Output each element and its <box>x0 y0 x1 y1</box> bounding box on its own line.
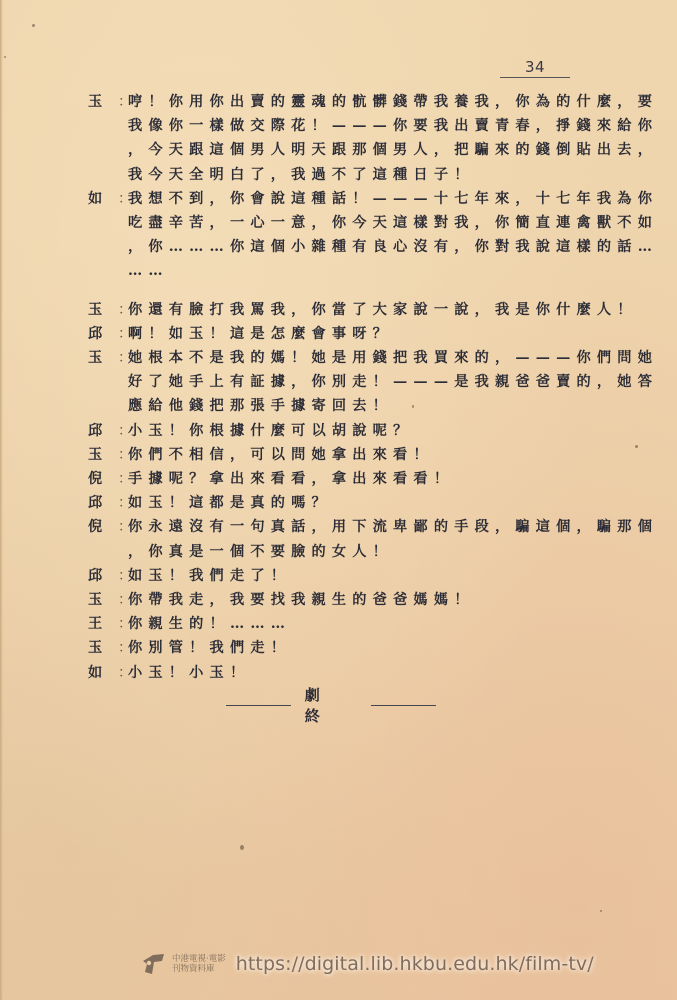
speaker-label: 玉 <box>88 346 118 370</box>
speaker-colon: ： <box>118 612 128 636</box>
dialogue-line: 邱：小玉！你根據什麼可以胡說呢？ <box>88 419 588 443</box>
paper-speck <box>635 445 638 448</box>
speech-text: 我像你一樣做交際花！———你要我出賣青春，掙錢來給你 <box>128 114 658 138</box>
dialogue-line: 玉：哼！你用你出賣的靈魂的骯髒錢帶我養我，你為的什麼，要 <box>88 90 588 114</box>
speaker-colon: ： <box>118 661 128 685</box>
dialogue-line: 玉：她根本不是我的媽！她是用錢把我買來的，———你們問她 <box>88 346 588 370</box>
dialogue-line: 倪：你永遠沒有一句真話，用下流卑鄙的手段，騙這個，騙那個 <box>88 515 588 539</box>
speaker-colon: ： <box>118 491 128 515</box>
speech-text: 手據呢？拿出來看看，拿出來看看！ <box>128 467 588 491</box>
dialogue-continuation: 我今天全明白了，我過不了這種日子！ <box>88 163 588 187</box>
dialogue-continuation: ，你………你這個小雜種有良心沒有，你對我說這樣的話… <box>88 235 588 259</box>
speech-text: ，你真是一個不要臉的女人！ <box>128 540 588 564</box>
speech-text: 你別管！我們走！ <box>128 636 588 660</box>
speech-text: 小玉！你根據什麼可以胡說呢？ <box>128 419 588 443</box>
speaker-colon: ： <box>118 515 128 539</box>
dialogue-line: 玉：你還有臉打我罵我，你當了大家說一說，我是你什麼人！ <box>88 298 588 322</box>
page-number-underline <box>500 77 570 78</box>
end-label: 劇終 <box>291 684 372 726</box>
dialogue-line: 倪：手據呢？拿出來看看，拿出來看看！ <box>88 467 588 491</box>
speech-text: ，你………你這個小雜種有良心沒有，你對我說這樣的話… <box>128 235 658 259</box>
speech-text: 你永遠沒有一句真話，用下流卑鄙的手段，騙這個，騙那個 <box>128 515 658 539</box>
speech-text: …… <box>128 259 588 283</box>
speaker-label: 倪 <box>88 515 118 539</box>
speaker-label: 玉 <box>88 443 118 467</box>
watermark-org-line1: 中港電視‧電影 <box>172 954 226 964</box>
paper-speck <box>32 24 35 27</box>
speaker-colon: ： <box>118 187 128 211</box>
speaker-colon: ： <box>118 90 128 114</box>
speaker-label: 邱 <box>88 322 118 346</box>
dialogue-continuation: …… <box>88 259 588 283</box>
dialogue-line: 邱：如玉！我們走了！ <box>88 564 588 588</box>
speaker-label: 玉 <box>88 636 118 660</box>
dialogue-line: 玉：你別管！我們走！ <box>88 636 588 660</box>
speech-text: 我今天全明白了，我過不了這種日子！ <box>128 163 588 187</box>
film-camera-logo-icon <box>140 951 166 977</box>
dialogue-continuation: 吃盡辛苦，一心一意，你今天這樣對我，你簡直連禽獸不如 <box>88 211 588 235</box>
speaker-label: 邱 <box>88 564 118 588</box>
dialogue-line: 玉：你們不相信，可以問她拿出來看！ <box>88 443 588 467</box>
end-rule-right <box>371 705 436 706</box>
speech-text: 你們不相信，可以問她拿出來看！ <box>128 443 588 467</box>
speech-text: 如玉！這都是真的嗎？ <box>128 491 588 515</box>
end-marker: 劇終 <box>226 684 436 726</box>
dialogue-continuation: 應給他錢把那張手據寄回去！ <box>88 394 588 418</box>
speaker-colon: ： <box>118 636 128 660</box>
watermark-org: 中港電視‧電影 刊物資料庫 <box>172 954 226 974</box>
spacer <box>88 284 588 298</box>
speaker-label: 如 <box>88 187 118 211</box>
paper-speck <box>600 910 602 912</box>
paper-speck <box>4 56 6 58</box>
speech-text: 哼！你用你出賣的靈魂的骯髒錢帶我養我，你為的什麼，要 <box>128 90 658 114</box>
speech-text: 啊！如玉！這是怎麼會事呀？ <box>128 322 588 346</box>
speaker-colon: ： <box>118 322 128 346</box>
speech-text: 吃盡辛苦，一心一意，你今天這樣對我，你簡直連禽獸不如 <box>128 211 658 235</box>
speaker-colon: ： <box>118 588 128 612</box>
speaker-label: 玉 <box>88 588 118 612</box>
dialogue-continuation: ，今天跟這個男人明天跟那個男人，把騙來的錢倒貼出去， <box>88 138 588 162</box>
speaker-label: 如 <box>88 661 118 685</box>
speech-text: 你還有臉打我罵我，你當了大家說一說，我是你什麼人！ <box>128 298 638 322</box>
paper-speck <box>240 845 244 850</box>
dialogue-line: 如：小玉！小玉！ <box>88 661 588 685</box>
dialogue-line: 玉：你帶我走，我要找我親生的爸爸媽媽！ <box>88 588 588 612</box>
watermark: 中港電視‧電影 刊物資料庫 https://digital.lib.hkbu.e… <box>140 948 594 980</box>
speaker-label: 倪 <box>88 467 118 491</box>
speech-text: 她根本不是我的媽！她是用錢把我買來的，———你們問她 <box>128 346 658 370</box>
speaker-label: 邱 <box>88 419 118 443</box>
speaker-colon: ： <box>118 443 128 467</box>
speaker-colon: ： <box>118 419 128 443</box>
dialogue-line: 如：我想不到，你會說這種話！———十七年來，十七年我為你 <box>88 187 588 211</box>
speech-text: 你親生的！……… <box>128 612 588 636</box>
page-number: 34 <box>500 58 570 76</box>
speaker-colon: ： <box>118 346 128 370</box>
speech-text: 好了她手上有証據，你別走！———是我親爸爸賣的，她答 <box>128 370 658 394</box>
speaker-label: 邱 <box>88 491 118 515</box>
dialogue-continuation: 我像你一樣做交際花！———你要我出賣青春，掙錢來給你 <box>88 114 588 138</box>
speech-text: 我想不到，你會說這種話！———十七年來，十七年我為你 <box>128 187 658 211</box>
page-edge <box>0 0 3 1000</box>
speaker-colon: ： <box>118 467 128 491</box>
speech-text: 小玉！小玉！ <box>128 661 588 685</box>
speaker-colon: ： <box>118 564 128 588</box>
speech-text: ，今天跟這個男人明天跟那個男人，把騙來的錢倒貼出去， <box>128 138 658 162</box>
watermark-url[interactable]: https://digital.lib.hkbu.edu.hk/film-tv/ <box>236 953 594 975</box>
speaker-colon: ： <box>118 298 128 322</box>
watermark-org-line2: 刊物資料庫 <box>172 964 226 974</box>
speaker-label: 王 <box>88 612 118 636</box>
end-rule-left <box>226 705 291 706</box>
speaker-label: 玉 <box>88 90 118 114</box>
dialogue-line: 王：你親生的！……… <box>88 612 588 636</box>
script-dialogue: 玉：哼！你用你出賣的靈魂的骯髒錢帶我養我，你為的什麼，要我像你一樣做交際花！——… <box>88 90 588 685</box>
speech-text: 你帶我走，我要找我親生的爸爸媽媽！ <box>128 588 588 612</box>
dialogue-line: 邱：如玉！這都是真的嗎？ <box>88 491 588 515</box>
dialogue-line: 邱：啊！如玉！這是怎麼會事呀？ <box>88 322 588 346</box>
speech-text: 如玉！我們走了！ <box>128 564 588 588</box>
speech-text: 應給他錢把那張手據寄回去！ <box>128 394 588 418</box>
dialogue-continuation: 好了她手上有証據，你別走！———是我親爸爸賣的，她答 <box>88 370 588 394</box>
dialogue-continuation: ，你真是一個不要臉的女人！ <box>88 540 588 564</box>
speaker-label: 玉 <box>88 298 118 322</box>
